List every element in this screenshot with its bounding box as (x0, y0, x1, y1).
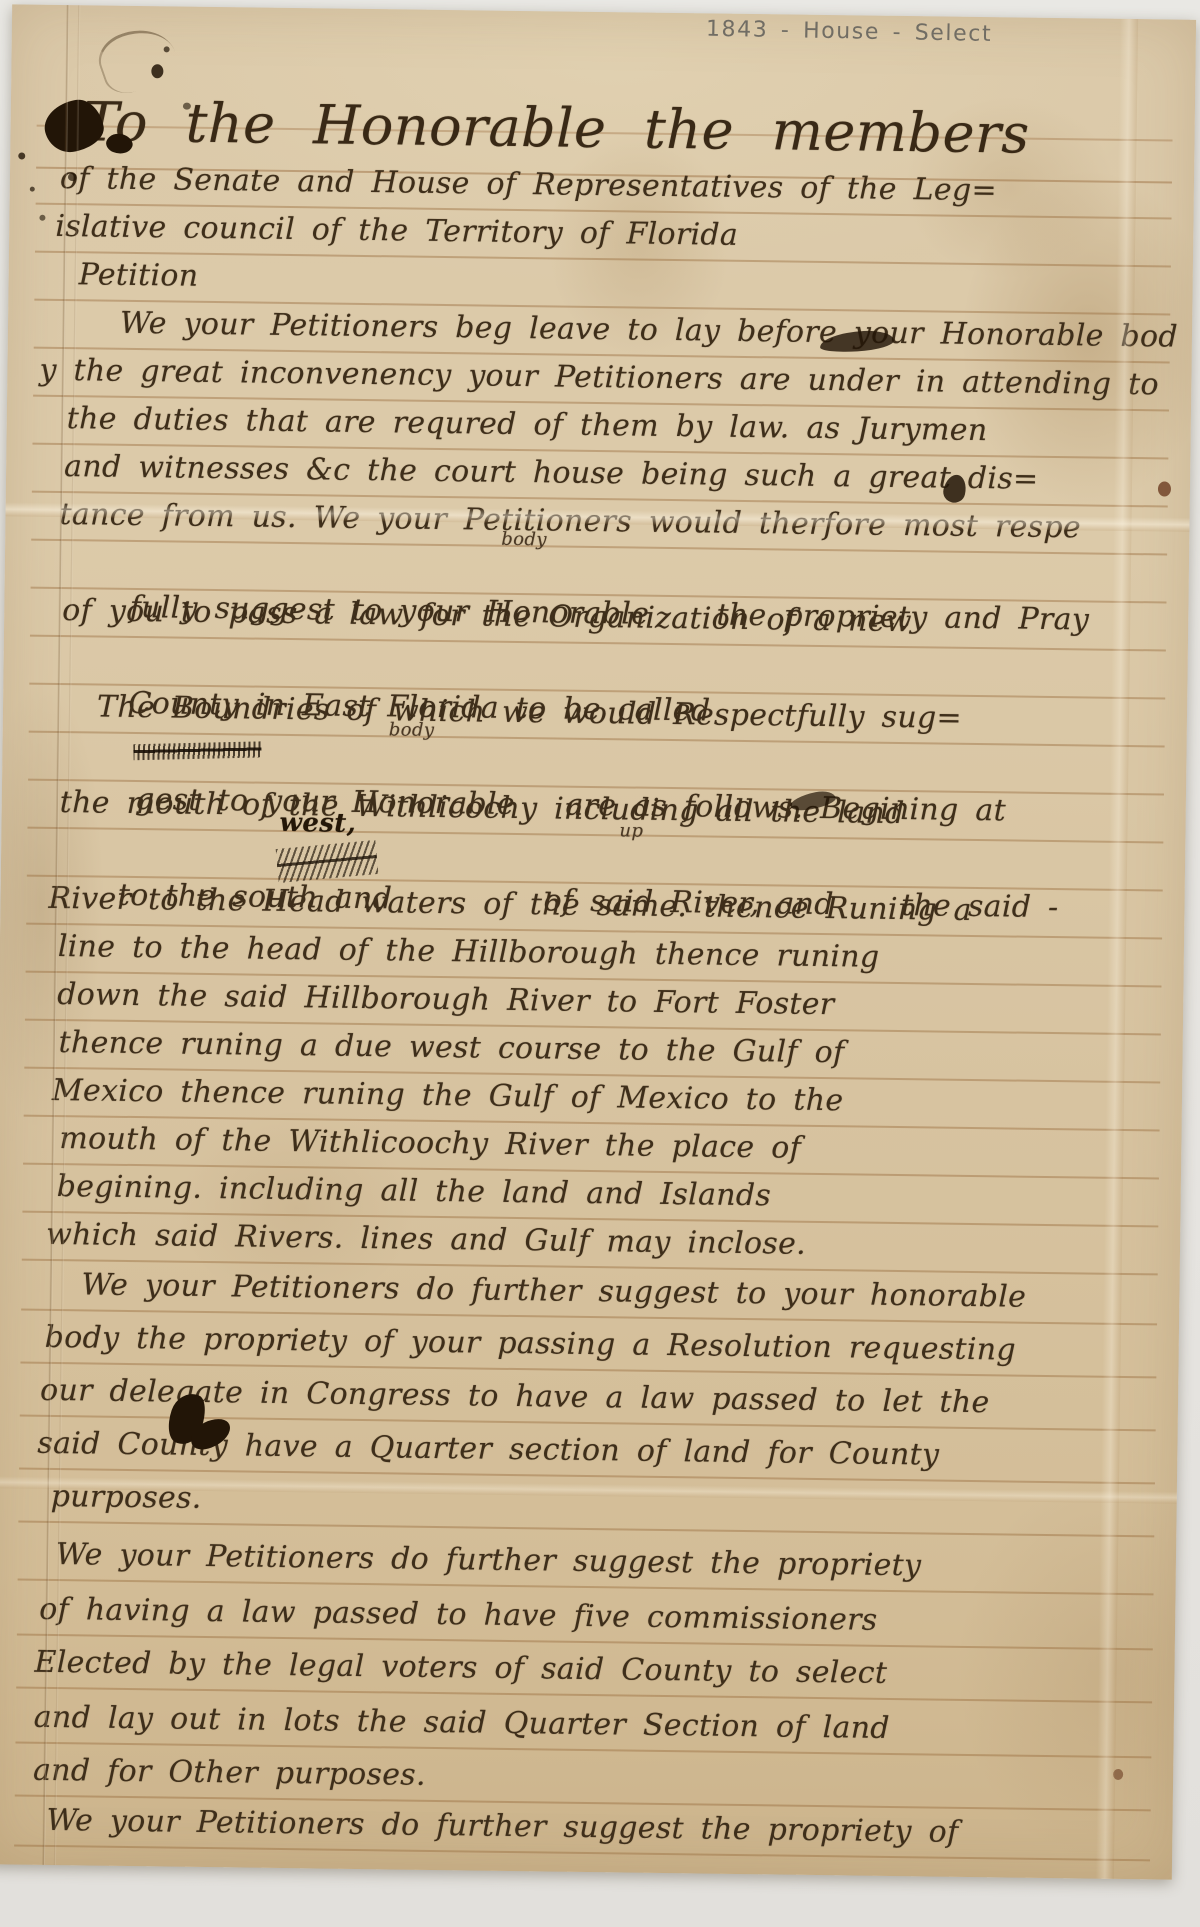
inserted-word-body: body (501, 531, 547, 550)
manuscript-page: 1843 - House - Select To the Honorable t… (0, 4, 1196, 1879)
ink-speckle (39, 215, 45, 221)
inserted-word-west: west, (279, 814, 356, 833)
stain-spot (1158, 481, 1171, 496)
stain-spot (1113, 1769, 1123, 1780)
manuscript-line: Elected by the legal voters of said Coun… (16, 1641, 1153, 1704)
inserted-word-body: body (389, 721, 435, 740)
ink-speckle (164, 46, 170, 52)
manuscript-line: purposes. (18, 1475, 1155, 1538)
ink-speckle (183, 103, 191, 110)
archival-annotation: 1843 - House - Select (706, 17, 993, 47)
manuscript-line: body the propriety of your passing a Res… (20, 1316, 1157, 1379)
manuscript-line: We your Petitioners do further suggest t… (18, 1533, 1155, 1596)
manuscript-line: and lay out in lots the said Quarter Sec… (15, 1696, 1152, 1759)
ink-speckle (68, 173, 77, 181)
strikethrough-scribble (276, 840, 379, 883)
ink-speckle (18, 152, 25, 159)
ink-speckle (30, 187, 35, 192)
manuscript-line: of having a law passed to have five comm… (17, 1588, 1154, 1651)
inserted-word-up: up (619, 822, 643, 840)
